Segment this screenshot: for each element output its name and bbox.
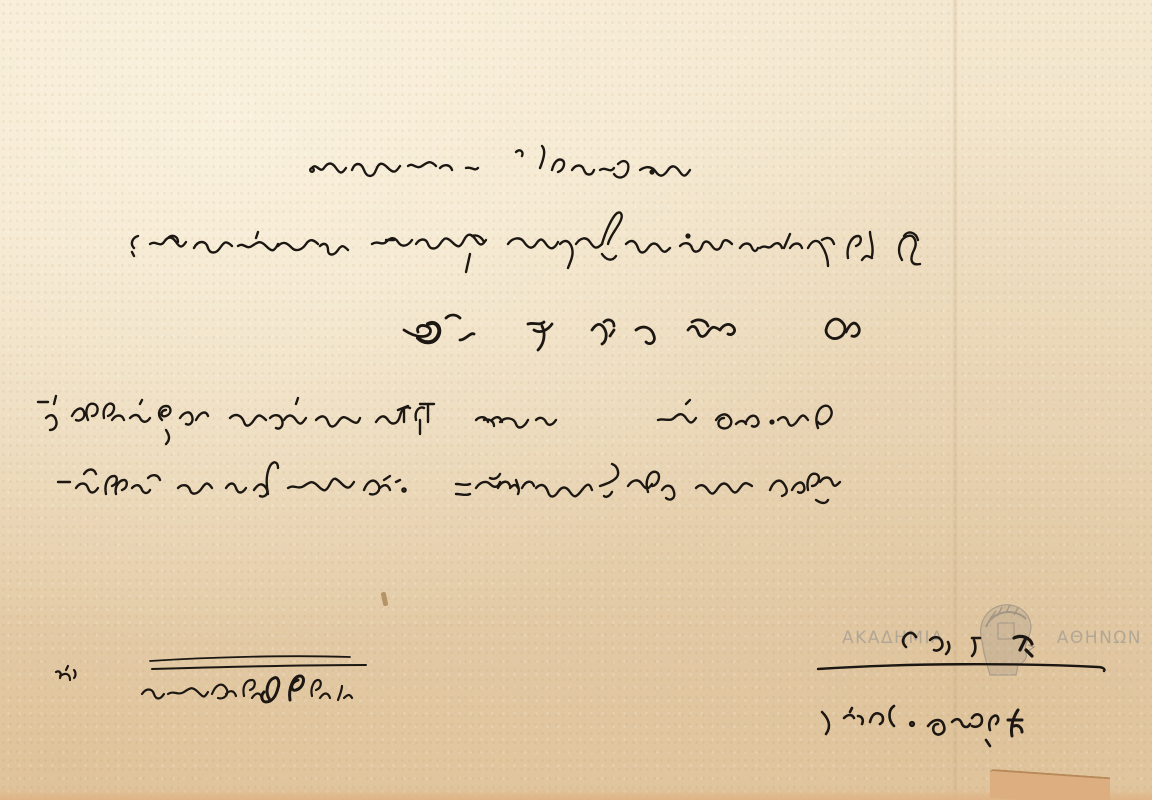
handwritten-line-5 xyxy=(58,462,840,503)
handwritten-line-1 xyxy=(310,146,690,177)
handwriting-layer xyxy=(0,0,1152,800)
signature-right xyxy=(818,633,1105,671)
document-page: ΑΚΑΔΗΜΙΑ ΑΘΗΝΩΝ xyxy=(0,0,1152,800)
handwritten-line-3 xyxy=(404,315,859,350)
handwritten-line-4 xyxy=(38,396,832,444)
signature-left xyxy=(56,656,366,702)
handwritten-line-2 xyxy=(132,212,920,272)
closing-right xyxy=(822,706,1022,746)
